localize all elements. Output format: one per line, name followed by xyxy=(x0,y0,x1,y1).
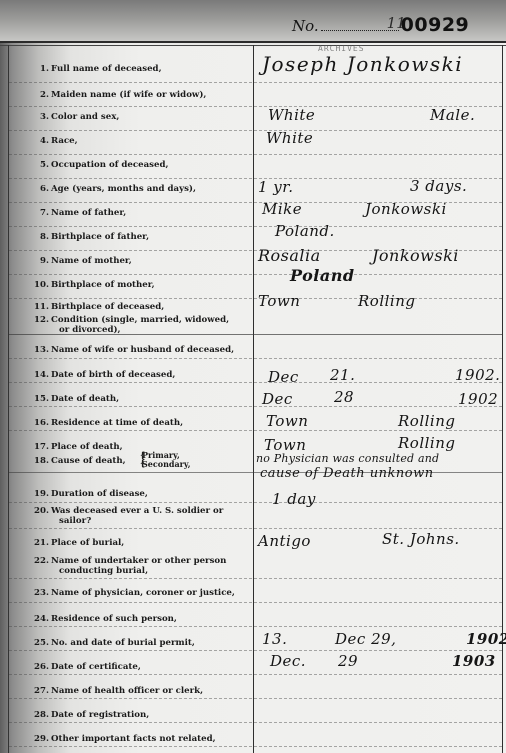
brace-glyph: {{ xyxy=(140,451,145,467)
field-number: 24. xyxy=(29,614,49,624)
field-row-2: 2. Maiden name (if wife or widow), xyxy=(9,82,502,107)
field-label-line1: Condition (single, married, widowed, xyxy=(51,315,229,325)
field-row-26: 26. Date of certificate, xyxy=(9,650,502,675)
field-label: Color and sex, xyxy=(51,112,251,122)
field-label: Birthplace of father, xyxy=(51,232,251,242)
field-label: Name of health officer or clerk, xyxy=(51,686,251,696)
value-burial-permit-year: 1902 xyxy=(466,630,506,648)
value-residence-town: Town xyxy=(266,412,308,430)
field-row-11: 11. Birthplace of deceased, xyxy=(9,298,502,314)
value-mother-first-name: Rosalia xyxy=(258,246,321,265)
value-death-year: 1902 xyxy=(458,390,498,408)
field-row-29: 29. Other important facts not related, xyxy=(9,722,502,747)
field-number: 25. xyxy=(29,638,49,648)
field-label: Maiden name (if wife or widow), xyxy=(51,90,251,100)
field-label: Age (years, months and days), xyxy=(51,184,251,194)
value-residence-name: Rolling xyxy=(398,412,455,430)
field-row-28: 28. Date of registration, xyxy=(9,698,502,723)
value-age-days: 3 days. xyxy=(410,177,467,195)
field-label: Name of mother, xyxy=(51,256,251,266)
value-age-years: 1 yr. xyxy=(258,178,294,196)
field-number: 19. xyxy=(29,489,49,499)
value-death-day: 28 xyxy=(334,388,354,406)
value-cause-of-death-primary: no Physician was consulted and xyxy=(256,452,439,465)
value-certificate-day: 29 xyxy=(338,652,358,670)
field-label: Name of father, xyxy=(51,208,251,218)
number-handwritten-prefix: 11 xyxy=(387,14,406,32)
value-cause-of-death-secondary: cause of Death unknown xyxy=(260,466,434,481)
field-label: Race, xyxy=(51,136,251,146)
value-mother-last-name: Jonkowski xyxy=(372,246,459,265)
field-label: Duration of disease, xyxy=(51,489,251,499)
field-label: Residence of such person, xyxy=(51,614,251,624)
value-father-last-name: Jonkowski xyxy=(365,200,447,218)
value-death-month: Dec xyxy=(262,390,293,408)
field-row-13: 13. Name of wife or husband of deceased, xyxy=(9,334,502,359)
field-number: 26. xyxy=(29,662,49,672)
number-stamped-value: 00929 xyxy=(401,14,470,36)
field-row-15: 15. Date of death, xyxy=(9,382,502,407)
field-label: Birthplace of deceased, xyxy=(51,302,251,312)
value-certificate-month: Dec. xyxy=(270,652,306,670)
field-row-27: 27. Name of health officer or clerk, xyxy=(9,674,502,699)
value-birth-day: 21. xyxy=(330,366,355,384)
number-label: No. xyxy=(292,17,319,35)
field-number: 15. xyxy=(29,394,49,404)
field-row-4: 4. Race, xyxy=(9,130,502,155)
field-label: Name of wife or husband of deceased, xyxy=(51,345,251,355)
field-label: Name of undertaker or other person condu… xyxy=(51,556,251,576)
field-number: 23. xyxy=(29,588,49,598)
field-row-12: 12. Condition (single, married, widowed,… xyxy=(9,314,502,335)
field-label: Date of birth of deceased, xyxy=(51,370,251,380)
field-label: Residence at time of death, xyxy=(51,418,251,428)
field-number: 3. xyxy=(29,112,49,122)
value-birth-year: 1902. xyxy=(455,366,500,384)
certificate-number: No. 11 00929 xyxy=(292,14,469,38)
field-label: Other important facts not related, xyxy=(51,734,251,744)
value-certificate-year: 1903 xyxy=(452,652,496,670)
field-label: Place of burial, xyxy=(51,538,251,548)
cause-of-death-subtypes: Primary, Secondary, xyxy=(142,451,222,468)
field-number: 6. xyxy=(29,184,49,194)
field-number: 7. xyxy=(29,208,49,218)
value-mother-birthplace: Poland xyxy=(290,266,355,285)
field-row-14: 14. Date of birth of deceased, xyxy=(9,358,502,383)
field-number: 20. xyxy=(29,506,49,516)
field-label: Date of certificate, xyxy=(51,662,251,672)
field-number: 22. xyxy=(29,556,49,566)
value-place-of-death-name: Rolling xyxy=(398,434,455,452)
field-label-line1: Name of undertaker or other person xyxy=(51,556,226,566)
field-number: 28. xyxy=(29,710,49,720)
field-number: 9. xyxy=(29,256,49,266)
value-birth-month: Dec xyxy=(268,368,299,386)
field-row-23: 23. Name of physician, coroner or justic… xyxy=(9,578,502,603)
field-label: Condition (single, married, widowed, or … xyxy=(51,315,251,335)
field-number: 14. xyxy=(29,370,49,380)
field-label: Date of registration, xyxy=(51,710,251,720)
field-number: 13. xyxy=(29,345,49,355)
value-race: White xyxy=(266,129,313,147)
field-label: Date of death, xyxy=(51,394,251,404)
field-number: 29. xyxy=(29,734,49,744)
field-number: 11. xyxy=(29,302,49,312)
field-number: 12. xyxy=(29,315,49,325)
cause-secondary-label: Secondary, xyxy=(142,460,222,469)
value-father-birthplace: Poland. xyxy=(275,222,335,240)
field-number: 5. xyxy=(29,160,49,170)
field-number: 27. xyxy=(29,686,49,696)
field-label: Name of physician, coroner or justice, xyxy=(51,588,251,598)
value-sex: Male. xyxy=(430,106,475,124)
field-label: Was deceased ever a U. S. soldier or sai… xyxy=(51,506,251,526)
field-label-line1: Was deceased ever a U. S. soldier or xyxy=(51,506,223,516)
field-label: Birthplace of mother, xyxy=(51,280,251,290)
field-label: Occupation of deceased, xyxy=(51,160,251,170)
field-number: 4. xyxy=(29,136,49,146)
field-number: 8. xyxy=(29,232,49,242)
field-label-line2: conducting burial, xyxy=(51,566,251,576)
field-row-25: 25. No. and date of burial permit, xyxy=(9,626,502,651)
value-duration-of-disease: 1 day xyxy=(272,490,316,508)
field-number: 21. xyxy=(29,538,49,548)
value-burial-permit-number: 13. xyxy=(262,630,287,648)
header-rule xyxy=(0,41,506,43)
value-burial-cemetery: St. Johns. xyxy=(382,530,460,548)
field-number: 10. xyxy=(29,280,49,290)
field-row-3: 3. Color and sex, xyxy=(9,106,502,131)
value-birthplace-town: Town xyxy=(258,292,300,310)
value-full-name: Joseph Jonkowski xyxy=(262,52,463,76)
field-number: 1. xyxy=(29,64,49,74)
field-label: No. and date of burial permit, xyxy=(51,638,251,648)
value-color: White xyxy=(268,106,315,124)
value-burial-permit-date: Dec 29, xyxy=(335,630,396,648)
value-birthplace-name: Rolling xyxy=(358,292,415,310)
field-row-20: 20. Was deceased ever a U. S. soldier or… xyxy=(9,502,502,529)
field-number: 2. xyxy=(29,90,49,100)
field-row-10: 10. Birthplace of mother, xyxy=(9,274,502,299)
value-father-first-name: Mike xyxy=(262,200,302,218)
field-number: 18. xyxy=(29,456,49,466)
field-number: 16. xyxy=(29,418,49,428)
field-label-line2: sailor? xyxy=(51,516,251,526)
value-burial-city: Antigo xyxy=(258,532,311,550)
number-dotted-line: 11 xyxy=(321,30,399,31)
field-row-24: 24. Residence of such person, xyxy=(9,602,502,627)
field-row-22: 22. Name of undertaker or other person c… xyxy=(9,550,502,579)
field-label: Full name of deceased, xyxy=(51,64,251,74)
field-row-5: 5. Occupation of deceased, xyxy=(9,154,502,179)
